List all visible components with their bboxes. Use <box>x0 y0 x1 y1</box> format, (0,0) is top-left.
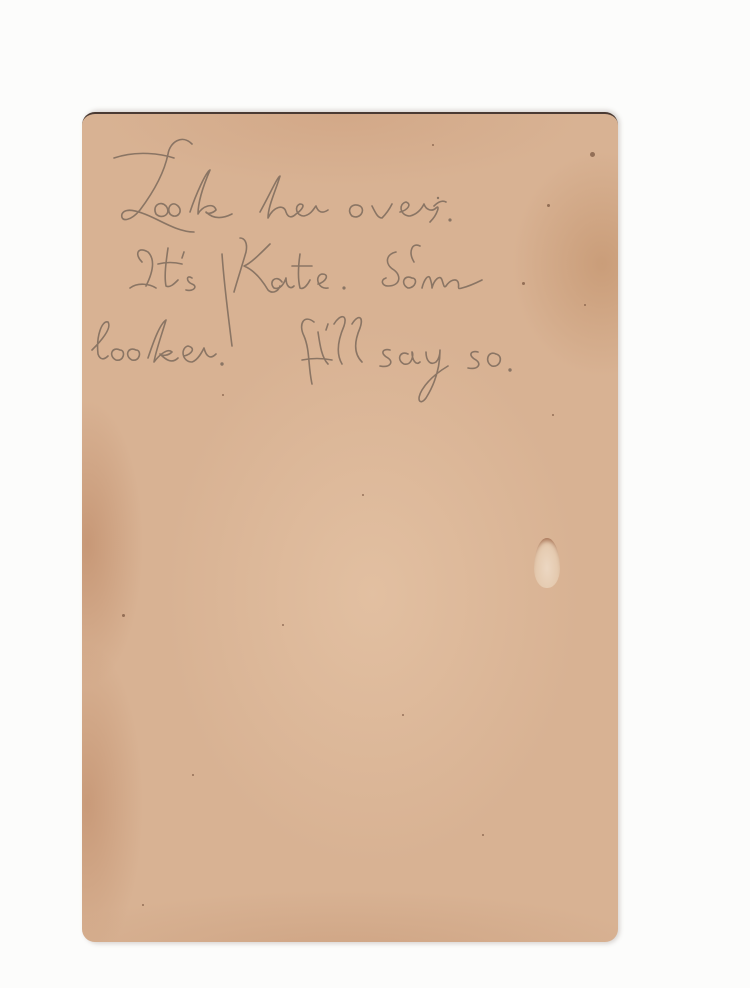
cabinet-card-back: Look her over. It's Kate. Some looker. I… <box>82 112 618 942</box>
pencil-handwriting <box>82 114 618 942</box>
handwriting-line-2 <box>130 238 482 292</box>
transcription-line-3: looker. I'll say so. <box>128 154 137 155</box>
transcription-line-1: Look her over. <box>112 154 119 155</box>
photo-scene: Look her over. It's Kate. Some looker. I… <box>0 0 750 988</box>
handwriting-line-3 <box>92 254 512 402</box>
transcription-line-2: It's Kate. Some <box>120 154 128 155</box>
handwriting-transcription: Look her over. It's Kate. Some looker. I… <box>112 154 592 155</box>
